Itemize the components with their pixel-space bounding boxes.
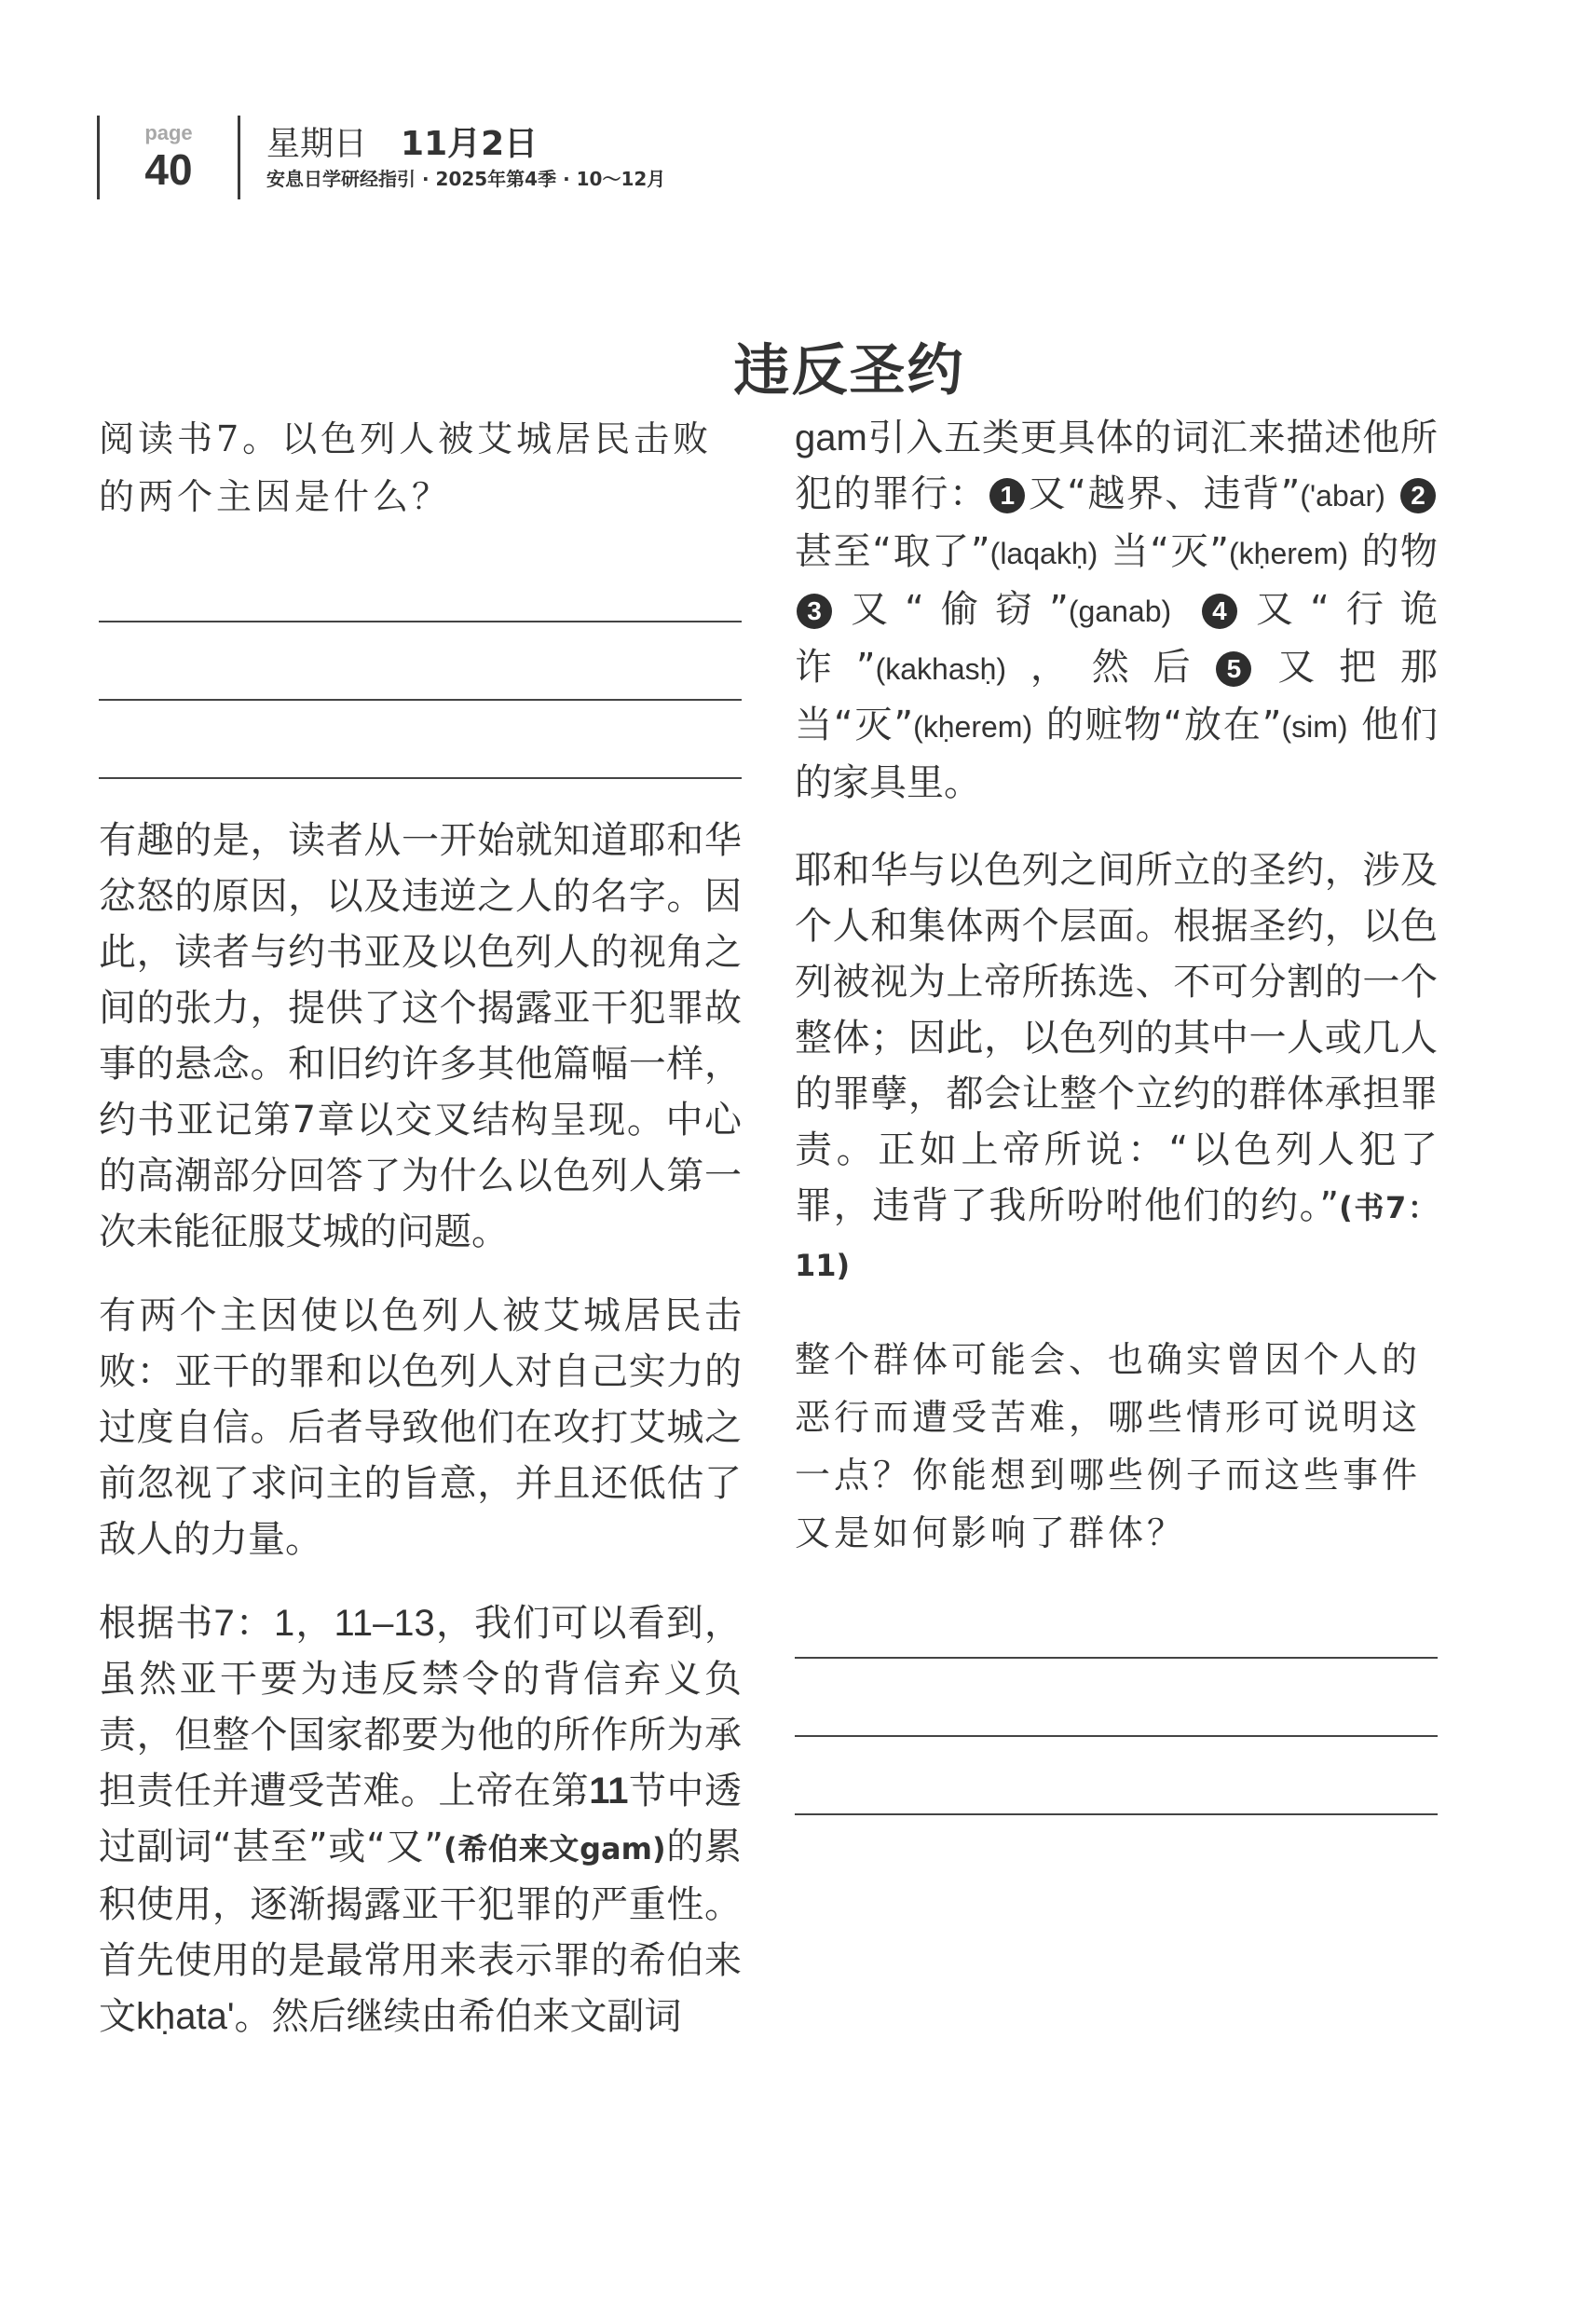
answer-line[interactable] bbox=[99, 544, 742, 622]
text-run: 根据书 bbox=[99, 1602, 213, 1645]
page-header: page 40 星期日11月2日 安息日学研经指引 · 2025年第4季 · 1… bbox=[97, 116, 665, 199]
text-run: 。然后继续由希伯来文副词 bbox=[235, 1995, 682, 2038]
weekday: 星期日 bbox=[266, 125, 367, 163]
text-run: 耶和华与以色列之间所立的圣约，涉及个人和集体两个层面。根据圣约，以色列被视为上帝… bbox=[795, 849, 1438, 1227]
answer-line[interactable] bbox=[795, 1659, 1438, 1737]
text-run: ，然后 bbox=[1006, 646, 1214, 689]
page-indicator: page 40 bbox=[100, 116, 238, 199]
body-paragraph: 有两个主因使以色列人被艾城居民击败：亚干的罪和以色列人对自己实力的过度自信。后者… bbox=[99, 1288, 742, 1567]
hebrew-word: (kḥerem) bbox=[913, 710, 1032, 744]
right-column: gam引入五类更具体的词汇来描述他所犯的罪行：1又“越界、违背”('abar) … bbox=[795, 410, 1438, 1815]
text-run: 又“越界、违背” bbox=[1027, 472, 1300, 515]
number-badge: 2 bbox=[1400, 478, 1436, 513]
text-run: 又“偷窃” bbox=[834, 588, 1069, 631]
hebrew-word: ('abar) bbox=[1300, 479, 1385, 513]
text-run: 甚至“取了” bbox=[795, 530, 990, 573]
text-run: 的赃物“放在” bbox=[1046, 704, 1282, 746]
publication-subtitle: 安息日学研经指引 · 2025年第4季 · 10～12月 bbox=[266, 166, 665, 192]
answer-area[interactable] bbox=[99, 544, 742, 779]
hebrew-word: (sim) bbox=[1281, 710, 1347, 744]
page-label: page bbox=[144, 121, 192, 145]
body-paragraph: 根据书7：1，11–13，我们可以看到，虽然亚干要为违反禁令的背信弃义负责，但整… bbox=[99, 1595, 742, 2044]
answer-line[interactable] bbox=[99, 622, 742, 701]
text-run: 的物 bbox=[1361, 530, 1438, 573]
page-number: 40 bbox=[144, 145, 192, 194]
hebrew-note: (希伯来文gam) bbox=[443, 1831, 666, 1867]
hebrew-word: (ganab) bbox=[1069, 595, 1171, 628]
discussion-question: 整个群体可能会、也确实曾因个人的恶行而遭受苦难，哪些情形可说明这一点？你能想到哪… bbox=[795, 1331, 1438, 1562]
body-paragraph: 有趣的是，读者从一开始就知道耶和华忿怒的原因，以及违逆之人的名字。因此，读者与约… bbox=[99, 813, 742, 1260]
answer-line[interactable] bbox=[99, 701, 742, 779]
number-badge: 1 bbox=[989, 478, 1025, 513]
left-column: 阅读书7。以色列人被艾城居民击败的两个主因是什么？ 有趣的是，读者从一开始就知道… bbox=[99, 410, 742, 2044]
body-paragraph: gam引入五类更具体的词汇来描述他所犯的罪行：1又“越界、违背”('abar) … bbox=[795, 410, 1438, 811]
body-paragraph: 耶和华与以色列之间所立的圣约，涉及个人和集体两个层面。根据圣约，以色列被视为上帝… bbox=[795, 842, 1438, 1293]
hebrew-word: gam bbox=[795, 417, 867, 458]
hebrew-word: (kakhasḥ) bbox=[876, 652, 1007, 686]
number-badge: 3 bbox=[797, 594, 832, 629]
date-line: 星期日11月2日 bbox=[266, 123, 665, 166]
text-run: 当“灭” bbox=[1112, 530, 1229, 573]
answer-line[interactable] bbox=[795, 1737, 1438, 1815]
number-badge: 5 bbox=[1216, 651, 1251, 687]
date: 11月2日 bbox=[401, 125, 538, 163]
hebrew-word: kḥata' bbox=[136, 1996, 235, 2037]
hebrew-word: (laqakḥ) bbox=[990, 537, 1098, 570]
hebrew-word: (kḥerem) bbox=[1229, 537, 1348, 570]
scripture-reference: 7：1，11–13 bbox=[213, 1603, 434, 1644]
answer-area[interactable] bbox=[795, 1580, 1438, 1815]
verse-number: 11 bbox=[589, 1771, 628, 1812]
number-badge: 4 bbox=[1202, 594, 1237, 629]
lesson-title: 违反圣约 bbox=[0, 334, 1596, 408]
answer-line[interactable] bbox=[795, 1580, 1438, 1659]
discussion-question: 阅读书7。以色列人被艾城居民击败的两个主因是什么？ bbox=[99, 410, 742, 526]
date-block: 星期日11月2日 安息日学研经指引 · 2025年第4季 · 10～12月 bbox=[240, 116, 665, 199]
